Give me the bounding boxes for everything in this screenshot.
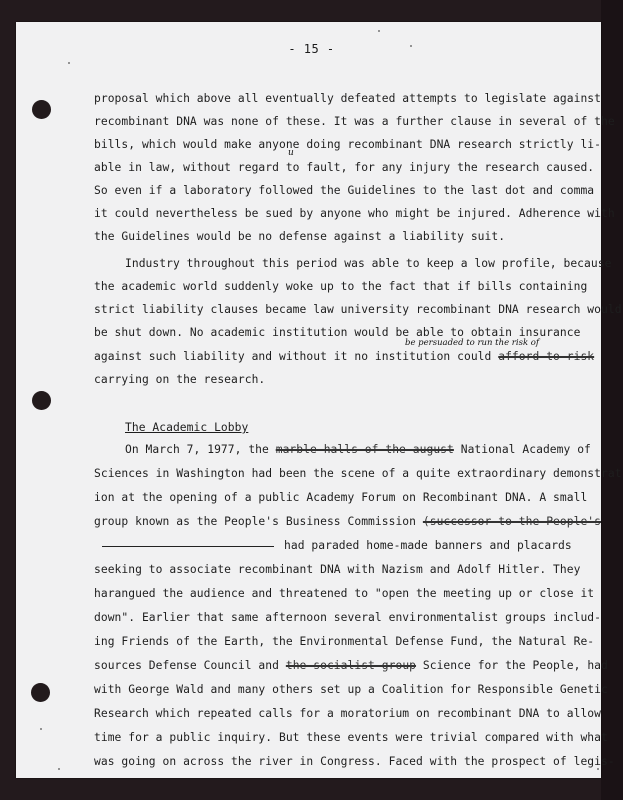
text-line: sources Defense Council and the socialis… <box>94 659 608 672</box>
handwritten-strike-line <box>102 546 274 547</box>
text-line: So even if a laboratory followed the Gui… <box>94 184 594 197</box>
text-line: the Guidelines would be no defense again… <box>94 230 505 243</box>
text-line: it could nevertheless be sued by anyone … <box>94 207 615 220</box>
struck-text: marble halls of the august <box>276 443 454 456</box>
text-segment: On March 7, 1977, the <box>125 443 276 456</box>
text-line: against such liability and without it no… <box>94 350 594 363</box>
text-line: seeking to associate recombinant DNA wit… <box>94 563 580 576</box>
text-line: time for a public inquiry. But these eve… <box>94 731 608 744</box>
text-line: On March 7, 1977, the marble halls of th… <box>125 443 591 456</box>
hole-punch-top <box>32 100 51 119</box>
text-line: ion at the opening of a public Academy F… <box>94 491 587 504</box>
hole-punch-bottom <box>31 683 50 702</box>
scan-speck <box>68 62 70 64</box>
text-line: able in law, without regard to fault, fo… <box>94 161 594 174</box>
text-line: strict liability clauses became law univ… <box>94 303 622 316</box>
page-number: - 15 - <box>0 42 623 56</box>
text-line: group known as the People's Business Com… <box>94 515 601 528</box>
scan-speck <box>40 728 42 730</box>
scan-speck <box>597 768 599 770</box>
text-line: was going on across the river in Congres… <box>94 755 615 768</box>
handwritten-insertion: be persuaded to run the risk of <box>405 338 539 348</box>
text-line: Research which repeated calls for a mora… <box>94 707 601 720</box>
struck-text: afford to risk <box>498 350 594 363</box>
text-line: Industry throughout this period was able… <box>125 257 611 270</box>
text-line: down". Earlier that same afternoon sever… <box>94 611 601 624</box>
text-line: harangued the audience and threatened to… <box>94 587 594 600</box>
hole-punch-middle <box>32 391 51 410</box>
handwritten-correction-u: u <box>288 148 294 158</box>
scan-speck <box>58 768 60 770</box>
text-segment: sources Defense Council and <box>94 659 286 672</box>
text-line: had paraded home-made banners and placar… <box>284 539 572 552</box>
scan-speck <box>378 30 380 32</box>
text-segment: Science for the People, had <box>416 659 608 672</box>
text-line: recombinant DNA was none of these. It wa… <box>94 115 615 128</box>
scan-speck <box>410 45 412 47</box>
text-line: ing Friends of the Earth, the Environmen… <box>94 635 594 648</box>
text-line: proposal which above all eventually defe… <box>94 92 601 105</box>
text-line: bills, which would make anyone doing rec… <box>94 138 601 151</box>
section-heading: The Academic Lobby <box>125 421 248 434</box>
text-segment: National Academy of <box>454 443 591 456</box>
struck-text: (successor to the People's <box>423 515 601 528</box>
text-segment: group known as the People's Business Com… <box>94 515 423 528</box>
text-line: carrying on the research. <box>94 373 265 386</box>
text-line: Sciences in Washington had been the scen… <box>94 467 623 480</box>
text-segment: against such liability and without it no… <box>94 350 498 363</box>
struck-text: the socialist group <box>286 659 416 672</box>
text-line: with George Wald and many others set up … <box>94 683 608 696</box>
text-line: the academic world suddenly woke up to t… <box>94 280 587 293</box>
